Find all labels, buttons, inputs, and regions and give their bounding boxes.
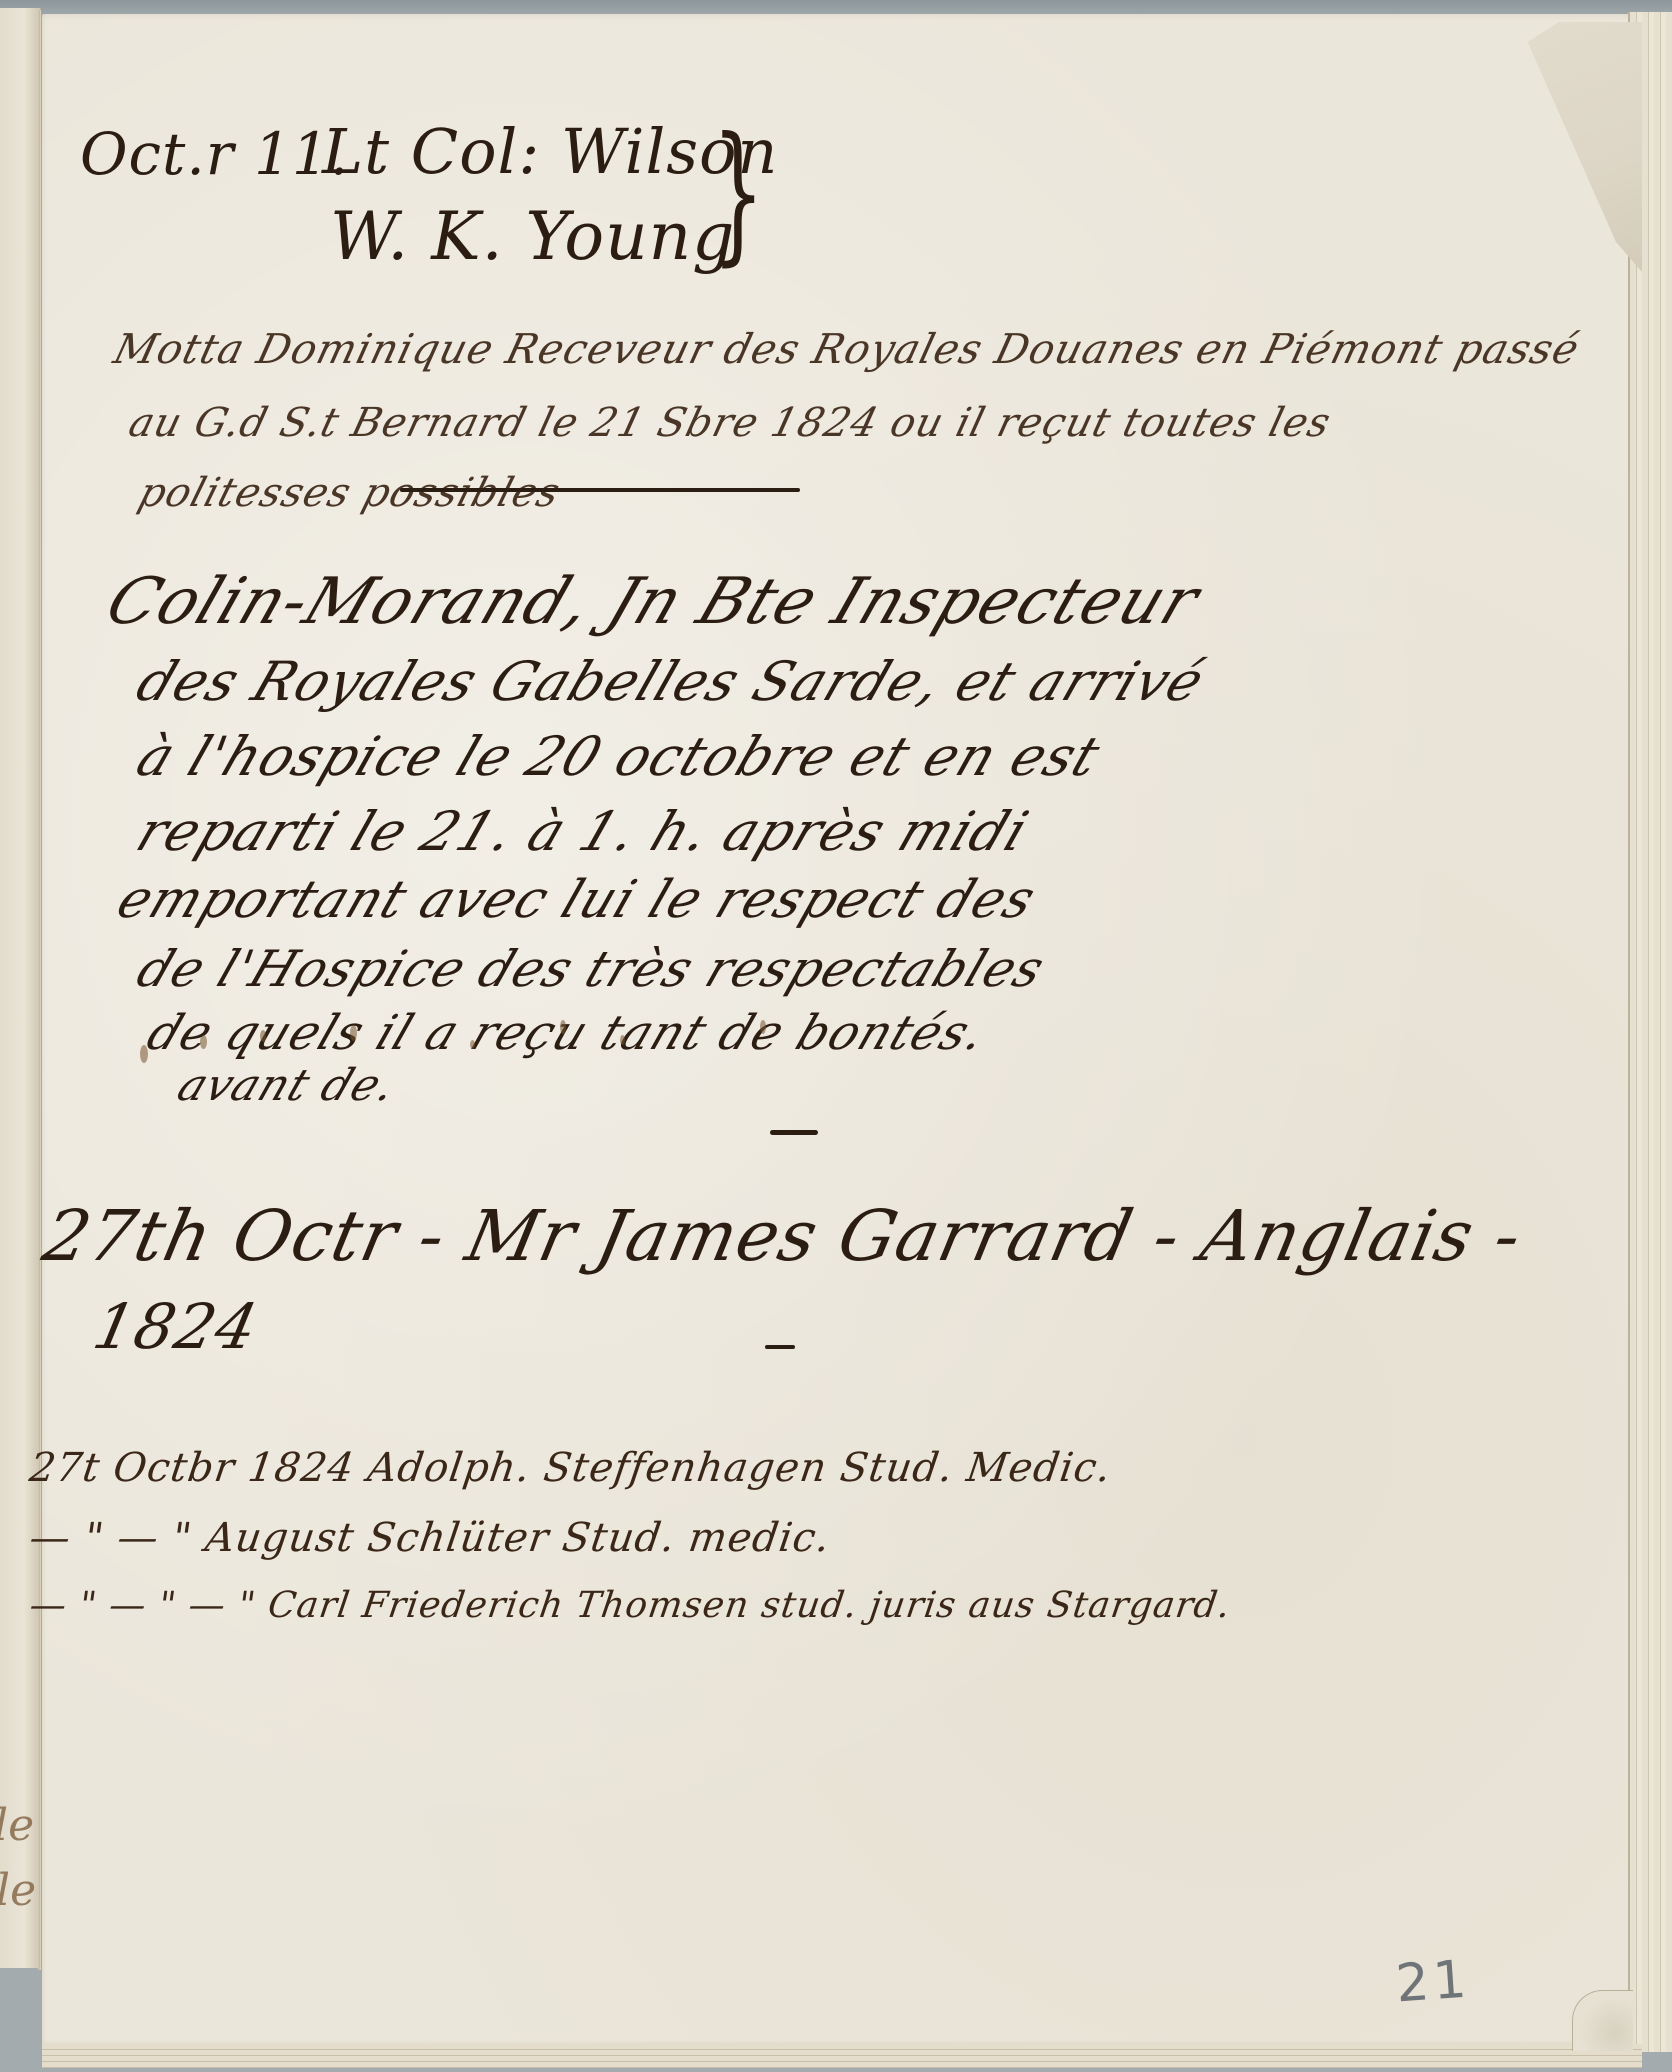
- ink-stain: [350, 1025, 357, 1041]
- page-fore-edge: [1628, 12, 1672, 2052]
- entry-name-line: Lt Col: Wilson: [322, 115, 778, 188]
- ink-stain: [260, 1030, 266, 1042]
- facing-page-writing: le: [0, 1800, 34, 1851]
- facing-page-writing: le: [0, 1865, 36, 1916]
- ink-stain: [560, 1020, 566, 1034]
- entry-text-line: 27th Octr - Mr James Garrard - Anglais -: [36, 1195, 1529, 1277]
- ink-stain: [620, 1035, 625, 1045]
- entry-text-line: au G.d S.t Bernard le 21 Sbre 1824 ou il…: [124, 400, 1335, 446]
- entry-text-line: — " — " August Schlüter Stud. medic.: [27, 1515, 834, 1561]
- entry-text-line: de l'Hospice des très respectables: [129, 940, 1052, 998]
- entry-text-line: Colin-Morand, Jn Bte Inspecteur: [97, 565, 1210, 639]
- curled-corner: [1572, 1990, 1633, 2051]
- book-gutter: [38, 10, 41, 1970]
- entry-text-line: Motta Dominique Receveur des Royales Dou…: [109, 325, 1584, 373]
- entry-text-line: des Royales Gabelles Sarde, et arrivé: [129, 650, 1214, 713]
- entry-text-line: politesses possibles: [133, 470, 565, 516]
- page-number: 21: [1394, 1949, 1472, 2014]
- curly-brace: }: [712, 118, 764, 268]
- entry-text-line: à l'hospice le 20 octobre et en est: [129, 725, 1109, 788]
- entry-date: Oct.r 11.: [80, 120, 349, 188]
- entry-text-line: emportant avec lui le respect des: [109, 870, 1044, 930]
- facing-page-edge: [0, 8, 41, 1968]
- entry-text-line: 27t Octbr 1824 Adolph. Steffenhagen Stud…: [27, 1445, 1115, 1491]
- entry-text-line: de quels il a reçu tant de bontés.: [140, 1005, 994, 1061]
- section-separator: [770, 1130, 818, 1135]
- entry-year: 1824: [87, 1290, 264, 1363]
- ink-stain: [140, 1045, 148, 1063]
- entry-name-line: W. K. Young: [330, 198, 735, 275]
- ink-stain: [200, 1035, 207, 1049]
- page-bottom-edge: [42, 2044, 1642, 2068]
- entry-text-line: reparti le 21. à 1. h. après midi: [129, 800, 1038, 863]
- entry-ending: avant de.: [171, 1060, 404, 1111]
- ink-stain: [760, 1020, 766, 1034]
- section-separator: [765, 1345, 795, 1349]
- entry-text-line: — " — " — " Carl Friederich Thomsen stud…: [27, 1585, 1233, 1626]
- pen-dash: [400, 488, 800, 492]
- ink-stain: [470, 1040, 475, 1049]
